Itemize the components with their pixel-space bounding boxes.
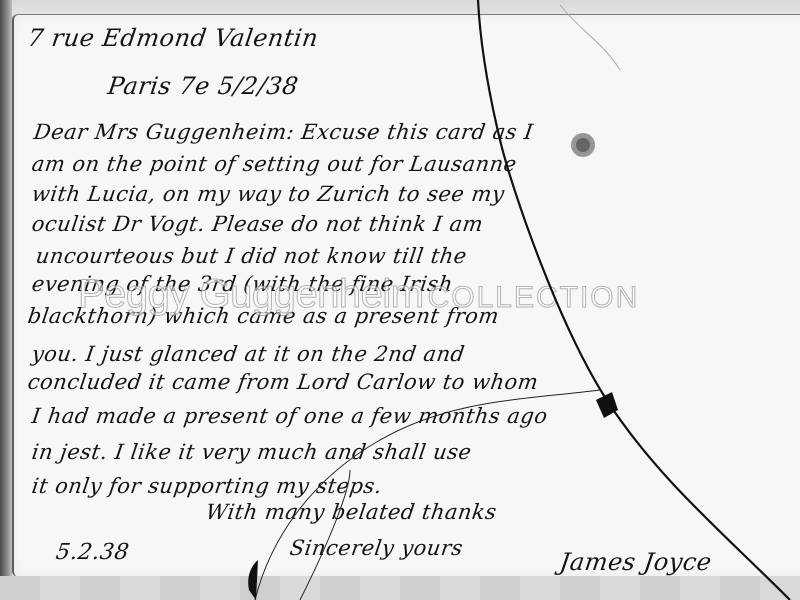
crease-line — [478, 0, 790, 600]
ink-blot — [596, 392, 618, 418]
crack-line-2 — [300, 470, 350, 600]
scan-artifacts — [0, 0, 800, 600]
crack-line — [255, 390, 600, 600]
